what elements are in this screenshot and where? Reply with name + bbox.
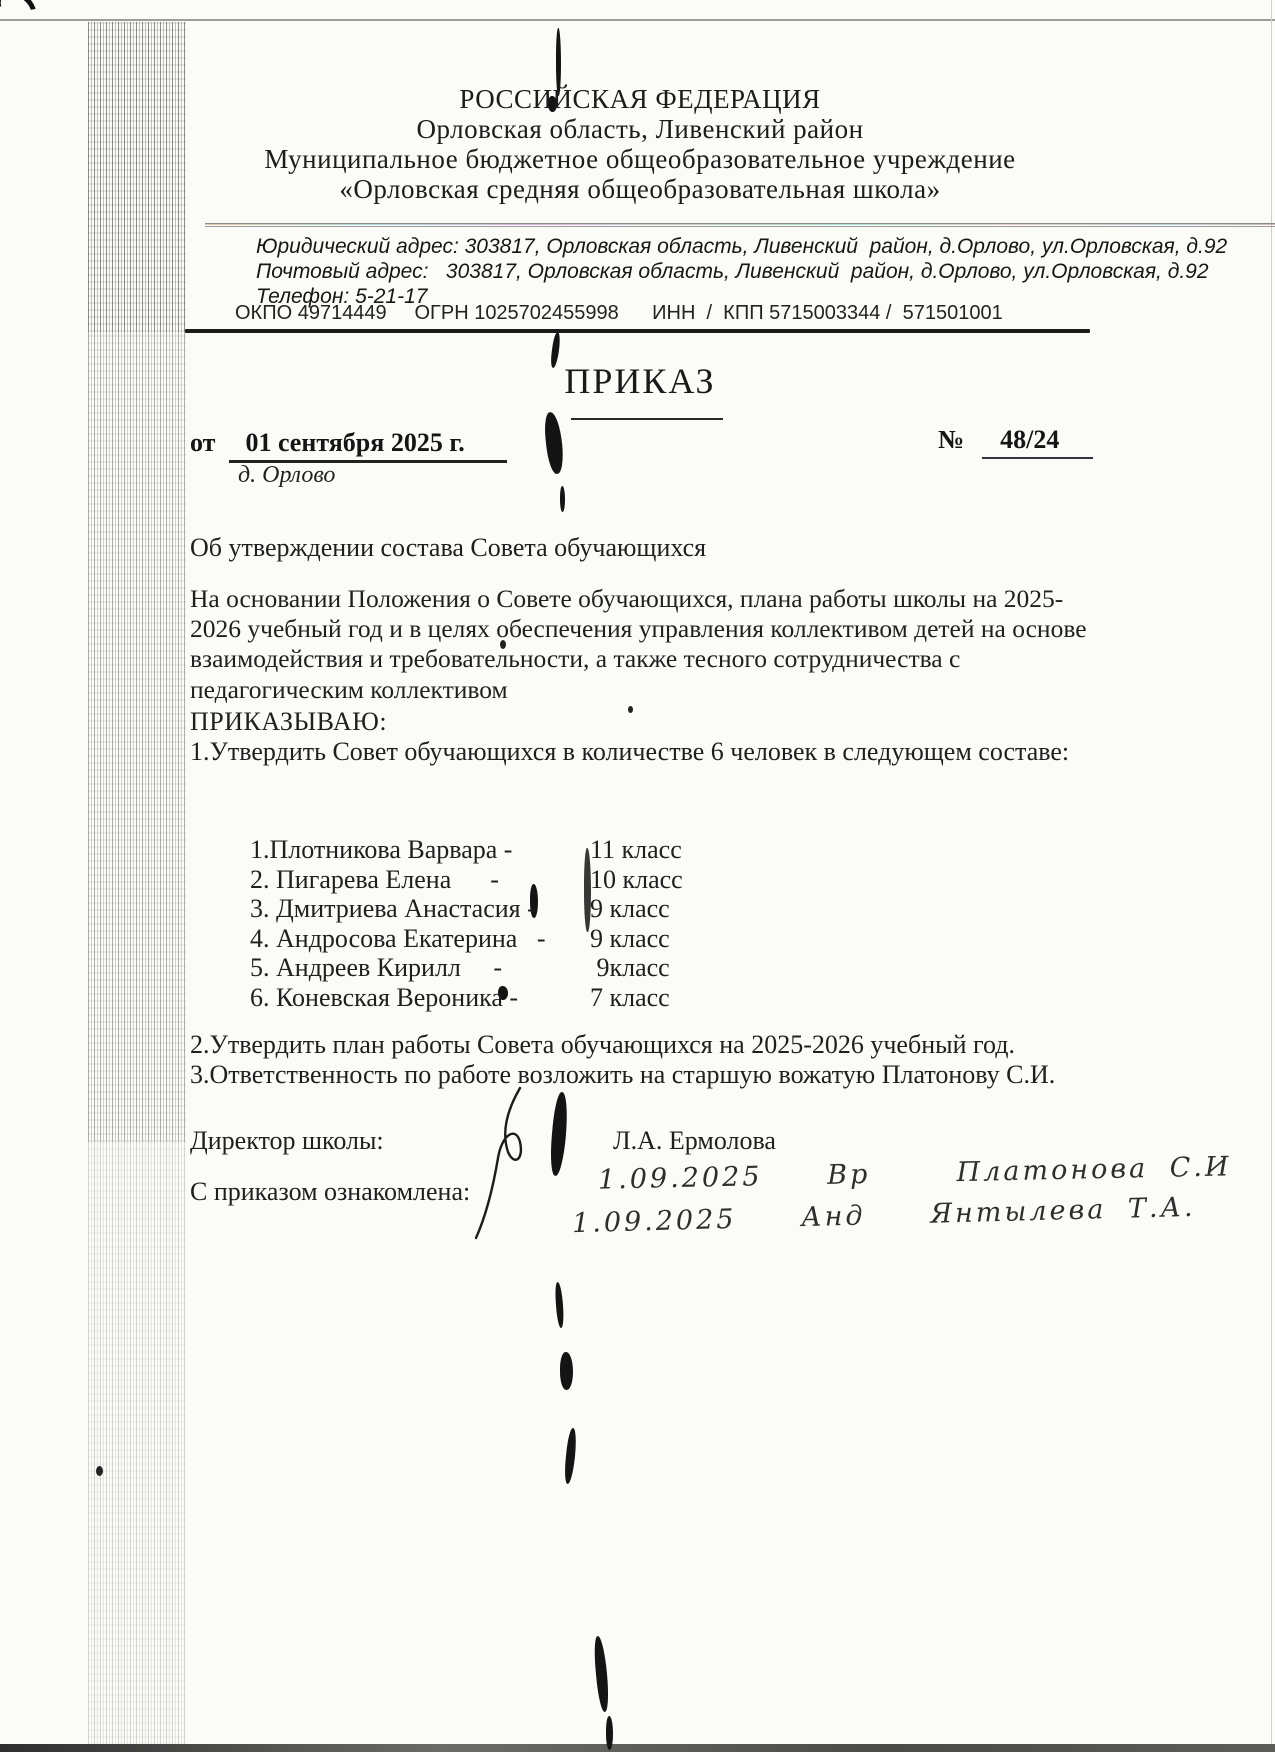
header-region: Орловская область, Ливенский район <box>110 114 1170 145</box>
scanned-order-document: РОССИЙСКАЯ ФЕДЕРАЦИЯ Орловская область, … <box>0 0 1275 1752</box>
ink-smudge <box>563 1428 578 1485</box>
header-school-name: «Орловская средняя общеобразовательная ш… <box>110 174 1170 205</box>
postal-address: Почтовый адрес: 303817, Орловская област… <box>256 260 1209 284</box>
handwritten-acknowledgement-line-2: 1.09.2025 Анд Янтылева Т.А. <box>572 1192 1196 1239</box>
member-row: 5. Андреев Кирилл - 9класс <box>250 953 683 983</box>
member-row: 6. Коневская Вероника - 7 класс <box>250 983 683 1013</box>
member-grade: 9 класс <box>590 894 670 924</box>
member-row: 4. Андросова Екатерина - 9 класс <box>250 924 683 954</box>
acknowledgement-label: С приказом ознакомлена: <box>190 1177 470 1207</box>
scan-streak-band-bottom <box>88 1142 186 1752</box>
member-name: 5. Андреев Кирилл - <box>250 953 590 983</box>
scan-top-edge-line <box>0 19 1275 21</box>
member-grade: 9класс <box>590 953 670 983</box>
member-grade: 10 класс <box>590 865 683 895</box>
order-date-row: от01 сентября 2025 г. <box>190 428 507 463</box>
legal-address: Юридический адрес: 303817, Орловская обл… <box>256 235 1227 259</box>
member-name: 3. Дмитриева Анастасия - <box>250 894 590 924</box>
ink-smudge <box>554 1282 564 1328</box>
member-row: 3. Дмитриева Анастасия - 9 класс <box>250 894 683 924</box>
member-row: 2. Пигарева Елена - 10 класс <box>250 865 683 895</box>
number-sign: № <box>938 425 964 454</box>
scan-bottom-edge <box>0 1744 1275 1752</box>
member-grade: 9 класс <box>590 924 670 954</box>
order-number-row: №48/24 <box>938 425 1093 459</box>
scan-corner-mark <box>0 0 43 34</box>
order-item-1: 1.Утвердить Совет обучающихся в количест… <box>190 737 1069 767</box>
member-name: 1.Плотникова Варвара - <box>250 835 590 865</box>
letterhead-rule <box>185 329 1090 333</box>
order-date: 01 сентября 2025 г. <box>229 428 506 463</box>
order-place: д. Орлово <box>238 462 335 489</box>
handwritten-acknowledgement-line-1: 1.09.2025 Вр Платонова С.И <box>598 1151 1232 1195</box>
ink-smudge <box>543 411 565 474</box>
member-grade: 7 класс <box>590 983 670 1013</box>
order-preamble: На основании Положения о Совете обучающи… <box>190 584 1112 705</box>
member-row: 1.Плотникова Варвара - 11 класс <box>250 835 683 865</box>
director-name: Л.А. Ермолова <box>613 1126 776 1156</box>
member-name: 2. Пигарева Елена - <box>250 865 590 895</box>
registration-codes: ОКПО 49714449 ОГРН 1025702455998 ИНН / К… <box>235 302 1003 325</box>
ink-speck <box>96 1466 103 1476</box>
member-grade: 11 класс <box>590 835 682 865</box>
director-label: Директор школы: <box>190 1126 384 1156</box>
ink-smudge <box>593 1636 611 1713</box>
director-signature <box>462 1082 552 1242</box>
decree-word: ПРИКАЗЫВАЮ: <box>190 707 387 737</box>
scan-right-edge-line <box>1271 0 1272 1752</box>
order-item-3: 3.Ответственность по работе возложить на… <box>190 1060 1055 1090</box>
order-number: 48/24 <box>982 425 1093 459</box>
header-separator-tint <box>205 224 1275 225</box>
member-name: 4. Андросова Екатерина - <box>250 924 590 954</box>
header-country: РОССИЙСКАЯ ФЕДЕРАЦИЯ <box>110 84 1170 115</box>
scan-streak-band-middle <box>88 332 186 1142</box>
council-members-list: 1.Плотникова Варвара - 11 класс 2. Пигар… <box>250 835 683 1013</box>
header-institution-type: Муниципальное бюджетное общеобразователь… <box>110 144 1170 175</box>
order-title: ПРИКАЗ <box>110 360 1170 402</box>
ink-speck <box>628 706 633 713</box>
ink-smudge <box>606 1716 613 1750</box>
order-subject: Об утверждении состава Совета обучающихс… <box>190 533 706 563</box>
ink-smudge <box>560 486 565 512</box>
order-item-2: 2.Утвердить план работы Совета обучающих… <box>190 1030 1015 1060</box>
date-prefix: от <box>190 428 215 457</box>
ink-smudge <box>560 1352 573 1390</box>
order-title-underline <box>571 418 723 420</box>
member-name: 6. Коневская Вероника - <box>250 983 590 1013</box>
